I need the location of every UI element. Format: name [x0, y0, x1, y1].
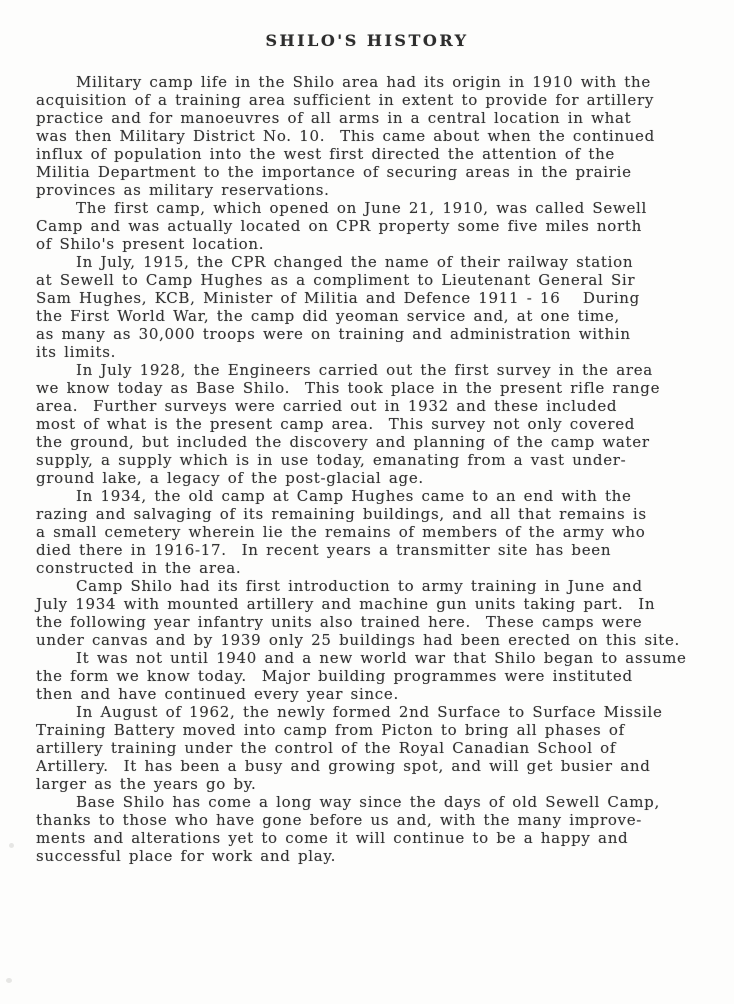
text-line: acquisition of a training area sufficien…	[36, 91, 708, 109]
text-line: ground lake, a legacy of the post-glacia…	[36, 469, 708, 487]
paragraph: Camp Shilo had its first introduction to…	[36, 577, 708, 649]
text-line: supply, a supply which is in use today, …	[36, 451, 708, 469]
text-line: Training Battery moved into camp from Pi…	[36, 721, 708, 739]
scan-artifact	[6, 978, 12, 983]
text-line: larger as the years go by.	[36, 775, 708, 793]
paragraph: In July, 1915, the CPR changed the name …	[36, 253, 708, 361]
text-line: Artillery. It has been a busy and growin…	[36, 757, 708, 775]
text-line: practice and for manoeuvres of all arms …	[36, 109, 708, 127]
paragraph: Military camp life in the Shilo area had…	[36, 73, 708, 199]
text-line: artillery training under the control of …	[36, 739, 708, 757]
text-line: ments and alterations yet to come it wil…	[36, 829, 708, 847]
text-line: most of what is the present camp area. T…	[36, 415, 708, 433]
paragraph: In August of 1962, the newly formed 2nd …	[36, 703, 708, 793]
paragraph: Base Shilo has come a long way since the…	[36, 793, 708, 865]
text-line: Sam Hughes, KCB, Minister of Militia and…	[36, 289, 708, 307]
text-line: In July, 1915, the CPR changed the name …	[36, 253, 708, 271]
text-line: In July 1928, the Engineers carried out …	[36, 361, 708, 379]
document-body: Military camp life in the Shilo area had…	[36, 73, 708, 865]
text-line: thanks to those who have gone before us …	[36, 811, 708, 829]
text-line: Camp Shilo had its first introduction to…	[36, 577, 708, 595]
text-line: In 1934, the old camp at Camp Hughes cam…	[36, 487, 708, 505]
text-line: Military camp life in the Shilo area had…	[36, 73, 708, 91]
text-line: its limits.	[36, 343, 708, 361]
text-line: The first camp, which opened on June 21,…	[36, 199, 708, 217]
scanned-document-page: SHILO'S HISTORY Military camp life in th…	[0, 0, 734, 1004]
text-line: the First World War, the camp did yeoman…	[36, 307, 708, 325]
paragraph: The first camp, which opened on June 21,…	[36, 199, 708, 253]
document-title: SHILO'S HISTORY	[0, 0, 734, 50]
text-line: the form we know today. Major building p…	[36, 667, 708, 685]
text-line: razing and salvaging of its remaining bu…	[36, 505, 708, 523]
text-line: died there in 1916-17. In recent years a…	[36, 541, 708, 559]
text-line: area. Further surveys were carried out i…	[36, 397, 708, 415]
text-line: as many as 30,000 troops were on trainin…	[36, 325, 708, 343]
text-line: Base Shilo has come a long way since the…	[36, 793, 708, 811]
text-line: provinces as military reservations.	[36, 181, 708, 199]
paragraph: In 1934, the old camp at Camp Hughes cam…	[36, 487, 708, 577]
text-line: In August of 1962, the newly formed 2nd …	[36, 703, 708, 721]
text-line: July 1934 with mounted artillery and mac…	[36, 595, 708, 613]
text-line: was then Military District No. 10. This …	[36, 127, 708, 145]
text-line: a small cemetery wherein lie the remains…	[36, 523, 708, 541]
paragraph: It was not until 1940 and a new world wa…	[36, 649, 708, 703]
text-line: Camp and was actually located on CPR pro…	[36, 217, 708, 235]
text-line: of Shilo's present location.	[36, 235, 708, 253]
text-line: successful place for work and play.	[36, 847, 708, 865]
text-line: then and have continued every year since…	[36, 685, 708, 703]
text-line: under canvas and by 1939 only 25 buildin…	[36, 631, 708, 649]
text-line: influx of population into the west first…	[36, 145, 708, 163]
text-line: the following year infantry units also t…	[36, 613, 708, 631]
paragraph: In July 1928, the Engineers carried out …	[36, 361, 708, 487]
text-line: the ground, but included the discovery a…	[36, 433, 708, 451]
text-line: It was not until 1940 and a new world wa…	[36, 649, 708, 667]
text-line: at Sewell to Camp Hughes as a compliment…	[36, 271, 708, 289]
text-line: we know today as Base Shilo. This took p…	[36, 379, 708, 397]
text-line: Militia Department to the importance of …	[36, 163, 708, 181]
text-line: constructed in the area.	[36, 559, 708, 577]
scan-artifact	[9, 843, 14, 848]
